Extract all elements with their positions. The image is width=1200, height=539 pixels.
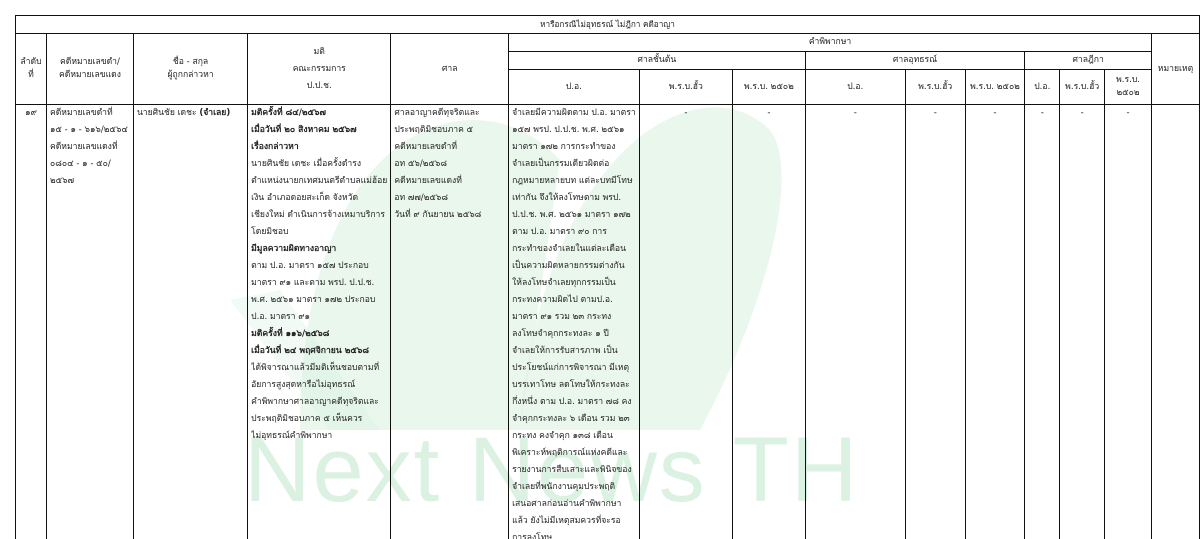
resolution-line: ป.อ. มาตรา ๙๑	[251, 309, 387, 326]
header-supreme-2502: พ.ร.บ. ๒๕๐๒	[1105, 70, 1152, 105]
first-court-po-line: กฎหมายหลายบท แต่ละบทมีโทษ	[512, 173, 636, 190]
first-court-po-line: มาตรา ๑๗๒ การกระทำของ	[512, 139, 636, 156]
cell-seq: ๑๙	[16, 105, 47, 539]
first-court-po-line: เท่ากัน จึงให้ลงโทษตาม พรป.	[512, 190, 636, 207]
first-court-po-line: กึ่งหนึ่ง ตาม ป.อ. มาตรา ๗๘ คง	[512, 394, 636, 411]
first-court-po-line: ป.ป.ช. พ.ศ. ๒๕๖๑ มาตรา ๑๗๒	[512, 207, 636, 224]
header-first-court: ศาลชั้นต้น	[509, 52, 806, 70]
first-court-po-line: จำเลยเป็นกรรมเดียวผิดต่อ	[512, 156, 636, 173]
header-supreme-court: ศาลฎีกา	[1025, 52, 1152, 70]
header-appeal-po: ป.อ.	[805, 70, 905, 105]
header-remarks: หมายเหตุ	[1151, 34, 1199, 105]
cell-name: นายศินชัย เดชะ (จำเลย)	[133, 105, 247, 539]
header-supreme-po: ป.อ.	[1025, 70, 1060, 105]
header-first-hua: พ.ร.บ.ฮั้ว	[639, 70, 732, 105]
resolution-line: โดยมิชอบ	[251, 224, 387, 241]
resolution-line: ตำแหน่งนายกเทศมนตรีตำบลแม่ฮ้อย	[251, 173, 387, 190]
court-line: อท ๕๖/๒๕๖๘	[394, 156, 505, 173]
cell-first-court-po: จำเลยมีความผิดตาม ป.อ. มาตรา๑๕๗ พรป. ป.ป…	[509, 105, 640, 539]
first-court-po-line: กระทงความผิดไป ตามป.อ.	[512, 292, 636, 309]
resolution-line: เรื่องกล่าวหา	[251, 139, 387, 156]
header-court: ศาล	[391, 34, 509, 105]
resolution-line: พ.ศ. ๒๕๖๑ มาตรา ๑๗๒ ประกอบ	[251, 292, 387, 309]
resolution-line: มติครั้งที่ ๘๔/๒๕๖๗	[251, 105, 387, 122]
cell-first-court-2502: -	[733, 105, 806, 539]
resolution-line: คำพิพากษาศาลอาญาคดีทุจริตและ	[251, 394, 387, 411]
first-court-po-line: พิเคราะห์พฤติการณ์แห่งคดีและ	[512, 445, 636, 462]
first-court-po-line: ๑๕๗ พรป. ป.ป.ช. พ.ศ. ๒๕๖๑	[512, 122, 636, 139]
table-title: หารือกรณีไม่อุทธรณ์ ไม่ฎีกา คดีอาญา	[16, 16, 1200, 34]
first-court-po-line: ให้ลงโทษจำเลยทุกกรรมเป็น	[512, 275, 636, 292]
cell-supreme-2502: -	[1105, 105, 1152, 539]
cell-first-court-hua: -	[639, 105, 732, 539]
first-court-po-line: ตาม ป.อ. มาตรา ๙๐ การ	[512, 224, 636, 241]
court-line: ประพฤติมิชอบภาค ๕	[394, 122, 505, 139]
first-court-po-line: การลงโทษ	[512, 530, 636, 539]
first-court-po-line: จำเลยให้การรับสารภาพ เป็น	[512, 343, 636, 360]
cell-supreme-po: -	[1025, 105, 1060, 539]
header-appeal-2502: พ.ร.บ. ๒๕๐๒	[965, 70, 1025, 105]
first-court-po-line: กระทำของจำเลยในแต่ละเดือน	[512, 241, 636, 258]
cell-supreme-hua: -	[1060, 105, 1105, 539]
resolution-line: ตาม ป.อ. มาตรา ๑๕๗ ประกอบ	[251, 258, 387, 275]
cell-case-no: คดีหมายเลขดำที่๑๕ - ๑ - ๖๑๖/๒๕๖๔ คดีหมาย…	[46, 105, 133, 539]
header-case-no: คดีหมายเลขดำ/คดีหมายเลขแดง	[46, 34, 133, 105]
header-appeal-hua: พ.ร.บ.ฮั้ว	[905, 70, 965, 105]
resolution-line: มติครั้งที่ ๑๑๖/๒๕๖๘	[251, 326, 387, 343]
header-name: ชื่อ - สกุลผู้ถูกกล่าวหา	[133, 34, 247, 105]
resolution-line: ไม่อุทธรณ์คำพิพากษา	[251, 428, 387, 445]
header-seq: ลำดับที่	[16, 34, 47, 105]
header-appeal-court: ศาลอุทธรณ์	[805, 52, 1025, 70]
first-court-po-line: กระทง คงจำคุก ๑๓๘ เดือน	[512, 428, 636, 445]
header-supreme-hua: พ.ร.บ.ฮั้ว	[1060, 70, 1105, 105]
resolution-line: เชียงใหม่ ดำเนินการจ้างเหมาบริการ	[251, 207, 387, 224]
resolution-line: มีมูลความผิดทางอาญา	[251, 241, 387, 258]
cell-appeal-po: -	[805, 105, 905, 539]
first-court-po-line: มาตรา ๙๑ รวม ๒๓ กระทง	[512, 309, 636, 326]
cell-appeal-2502: -	[965, 105, 1025, 539]
header-judgment: คำพิพากษา	[509, 34, 1152, 52]
judgment-table: หารือกรณีไม่อุทธรณ์ ไม่ฎีกา คดีอาญา ลำดั…	[15, 15, 1200, 539]
court-line: คดีหมายเลขแดงที่	[394, 173, 505, 190]
first-court-po-line: ประโยชน์แก่การพิจารณา มีเหตุ	[512, 360, 636, 377]
first-court-po-line: บรรเทาโทษ ลดโทษให้กระทงละ	[512, 377, 636, 394]
resolution-line: ได้พิจารณาแล้วมีมติเห็นชอบตามที่	[251, 360, 387, 377]
first-court-po-line: เสนอศาลก่อนอ่านคำพิพากษา	[512, 496, 636, 513]
resolution-line: เมื่อวันที่ ๒๔ พฤศจิกายน ๒๕๖๘	[251, 343, 387, 360]
resolution-line: เมื่อวันที่ ๒๐ สิงหาคม ๒๕๖๗	[251, 122, 387, 139]
first-court-po-line: จำเลยที่พนักงานคุมประพฤติ	[512, 479, 636, 496]
cell-resolution: มติครั้งที่ ๘๔/๒๕๖๗เมื่อวันที่ ๒๐ สิงหาค…	[248, 105, 391, 539]
first-court-po-line: รายงานการสืบเสาะและพินิจของ	[512, 462, 636, 479]
first-court-po-line: เป็นความผิดหลายกรรมต่างกัน	[512, 258, 636, 275]
court-line: คดีหมายเลขดำที่	[394, 139, 505, 156]
resolution-line: ประพฤติมิชอบภาค ๕ เห็นควร	[251, 411, 387, 428]
resolution-line: นายศินชัย เดชะ เมื่อครั้งดำรง	[251, 156, 387, 173]
resolution-line: อัยการสูงสุดหารือไม่อุทธรณ์	[251, 377, 387, 394]
header-first-2502: พ.ร.บ. ๒๕๐๒	[733, 70, 806, 105]
header-resolution: มติคณะกรรมการป.ป.ช.	[248, 34, 391, 105]
resolution-line: มาตรา ๙๑ และตาม พรป. ป.ป.ช.	[251, 275, 387, 292]
cell-court: ศาลอาญาคดีทุจริตและประพฤติมิชอบภาค ๕คดีห…	[391, 105, 509, 539]
resolution-line: เงิน อำเภอดอยสะเก็ด จังหวัด	[251, 190, 387, 207]
first-court-po-line: ลงโทษจำคุกกระทงละ ๑ ปี	[512, 326, 636, 343]
first-court-po-line: จำเลยมีความผิดตาม ป.อ. มาตรา	[512, 105, 636, 122]
header-first-po: ป.อ.	[509, 70, 640, 105]
court-line: อท ๗๗/๒๕๖๘	[394, 190, 505, 207]
cell-appeal-hua: -	[905, 105, 965, 539]
table-row: ๑๙ คดีหมายเลขดำที่๑๕ - ๑ - ๖๑๖/๒๕๖๔ คดีห…	[16, 105, 1200, 539]
cell-remarks	[1151, 105, 1199, 539]
court-line: ศาลอาญาคดีทุจริตและ	[394, 105, 505, 122]
first-court-po-line: จำคุกกระทงละ ๖ เดือน รวม ๒๓	[512, 411, 636, 428]
first-court-po-line: แล้ว ยังไม่มีเหตุสมควรที่จะรอ	[512, 513, 636, 530]
court-line: วันที่ ๙ กันยายน ๒๕๖๘	[394, 207, 505, 224]
